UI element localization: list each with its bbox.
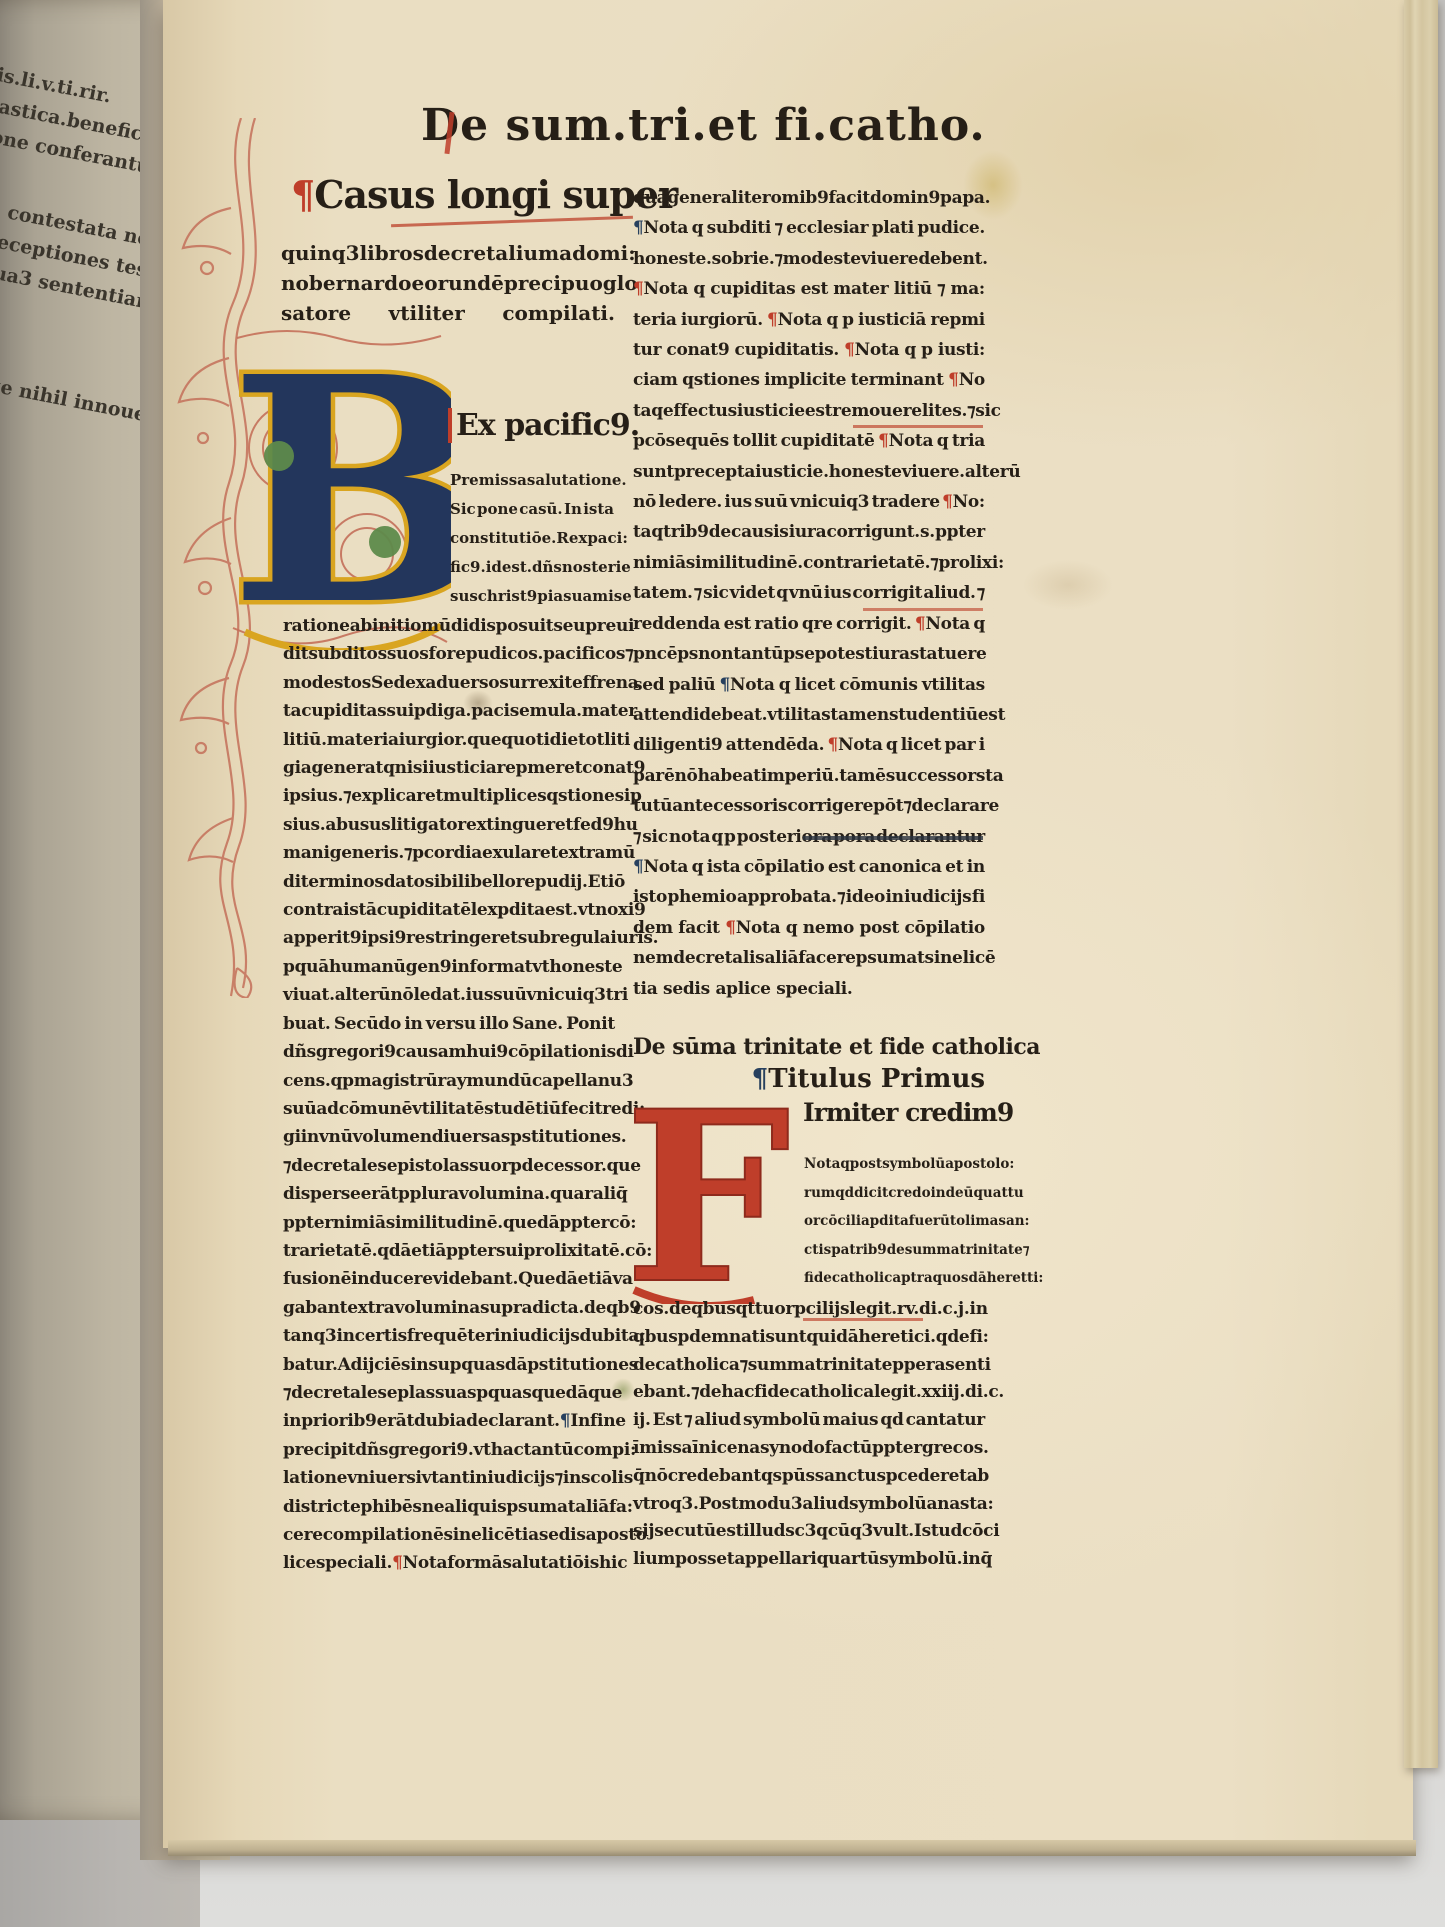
word: sunt	[765, 1324, 806, 1352]
word: in	[404, 1010, 422, 1038]
word: ¶Nota	[633, 213, 688, 243]
pilcrow-mark: ¶	[752, 1064, 769, 1094]
word: ista	[707, 852, 741, 882]
word: fi	[972, 882, 985, 912]
word: grecos.	[922, 1435, 989, 1463]
word: lium	[633, 1546, 675, 1574]
word: legit.xxiij.di.c.	[874, 1379, 1004, 1407]
word: raymundū	[437, 1067, 531, 1095]
word: volumina.	[459, 1180, 550, 1208]
word: parē	[633, 761, 674, 791]
initial-letter-B: B	[229, 328, 451, 650]
word: suas	[435, 1379, 476, 1407]
word: sic	[975, 396, 1000, 426]
word: catholica	[655, 1352, 740, 1380]
word: preui	[585, 612, 634, 640]
word: potest	[815, 639, 873, 669]
photo-of-incunable-page: { "running_title": "De sum.tri.et fi.cat…	[0, 0, 1445, 1927]
word: suū	[754, 487, 787, 517]
text-line: nōledere.iussuūvnicuiq3tradere¶No:	[633, 487, 985, 517]
word: no	[281, 268, 309, 298]
word: p	[724, 822, 736, 852]
word: cupiditatis.	[735, 335, 839, 365]
word: olim	[956, 1207, 990, 1236]
word: formā	[447, 1549, 502, 1577]
text-line: manigeneris.⁊pcordiaexularetextramū	[283, 839, 615, 867]
word: iusticia	[428, 754, 496, 782]
word: ¶Nota	[633, 274, 688, 304]
word: pudicos.	[466, 640, 543, 668]
word: p	[342, 1067, 354, 1095]
word: ie	[616, 553, 631, 582]
word: fide	[804, 1264, 832, 1293]
word: spūssanctus	[773, 1463, 886, 1491]
word: noster	[562, 553, 616, 582]
text-line: ⁊decretaleseplassuaspquasquedāque	[283, 1379, 615, 1407]
word: pdecessor.	[510, 1152, 607, 1180]
word: pcordia	[412, 839, 482, 867]
word: versu	[426, 1010, 476, 1038]
word: pncēps	[633, 639, 698, 669]
word: ¶Nota	[915, 609, 970, 639]
word: p	[842, 305, 854, 335]
word: vtroq3.	[633, 1491, 699, 1519]
word: tantū	[733, 639, 783, 669]
word: suos	[387, 640, 429, 668]
word: p	[476, 1379, 488, 1407]
word: q	[651, 517, 663, 547]
word: ⁊	[1023, 1236, 1030, 1265]
word: districte	[283, 1493, 361, 1521]
word: informat	[451, 953, 532, 981]
word: ¶Nota	[725, 913, 780, 943]
word: quedā	[503, 1209, 559, 1237]
text-line: batur.Adijciēsinsupquasdāpstitutiones	[283, 1351, 615, 1379]
word: vtant	[422, 1464, 469, 1492]
word: implicite	[764, 365, 846, 395]
text-line: quāgeneraliteromib9facitdomin9papa.	[633, 183, 985, 213]
word: q	[936, 1324, 948, 1352]
word: Est	[653, 1407, 682, 1435]
left-column-body: rationeabinitiomūdidisposuitseupreuidits…	[283, 612, 615, 1578]
word: iura	[872, 639, 910, 669]
word: ciam	[633, 365, 678, 395]
word: p	[783, 639, 795, 669]
word: q	[693, 274, 705, 304]
word: repmeret	[496, 754, 582, 782]
word: qre	[802, 609, 833, 639]
word: q	[886, 730, 898, 760]
word: decretalis	[673, 943, 764, 973]
word: Sic	[450, 495, 476, 524]
word: extingueret	[466, 811, 573, 839]
word: corrigunt.	[826, 517, 919, 547]
text-line: reddendaestratioqrecorrigit.¶Notaq	[633, 609, 985, 639]
word: posset	[675, 1546, 734, 1574]
word: phibēs	[361, 1493, 422, 1521]
word: emula.	[519, 697, 582, 725]
word: epistolas	[387, 1152, 469, 1180]
word: erāt	[377, 1407, 414, 1435]
word: q	[651, 396, 663, 426]
word: restringeret	[406, 924, 518, 952]
word: qdā	[377, 1237, 411, 1265]
word: iusti:	[938, 335, 985, 365]
word: psumat	[506, 1493, 575, 1521]
word: ⁊	[691, 1379, 699, 1407]
pilcrow-mark: ¶	[827, 735, 838, 755]
word: hac	[721, 1379, 754, 1407]
word: honeste.	[633, 244, 712, 274]
word: in	[931, 1179, 946, 1208]
word: effectus	[663, 396, 737, 426]
word: surrexit	[499, 669, 572, 697]
word: cupiditatē	[781, 426, 875, 456]
word: pone	[477, 495, 518, 524]
word: Ponit	[566, 1010, 615, 1038]
word: pdiga.	[414, 697, 471, 725]
text-line: Sicponecasū.Inista	[450, 495, 614, 524]
word: sunt	[633, 457, 674, 487]
word: patrib9	[831, 1236, 887, 1265]
word: libros	[360, 238, 424, 268]
word: ¶In	[560, 1407, 590, 1435]
word: de	[709, 517, 731, 547]
text-line: ciamqstionesimpliciteterminant¶No	[633, 365, 985, 395]
pilcrow-mark: ¶	[878, 431, 889, 451]
word: fore	[428, 640, 465, 668]
word: precepta	[674, 457, 755, 487]
word: illo	[479, 1010, 509, 1038]
word: generaliter	[667, 183, 770, 213]
word: ¶Nota	[767, 305, 822, 335]
word: compi:	[573, 1436, 636, 1464]
word: aliud.	[923, 578, 975, 608]
word: debent.	[918, 244, 987, 274]
word: precipit	[283, 1436, 355, 1464]
text-line: ⁊decretalesepistolassuorpdecessor.que	[283, 1152, 615, 1180]
pilcrow-mark: ¶	[633, 279, 644, 299]
word: san:	[998, 1207, 1029, 1236]
word: p	[283, 953, 295, 981]
word: studētiū	[484, 1095, 561, 1123]
word: priorib9	[301, 1407, 376, 1435]
word: inducere	[351, 1265, 433, 1293]
word: q	[692, 852, 704, 882]
word: anasta:	[926, 1491, 993, 1519]
word: videt	[730, 578, 775, 608]
word: p	[398, 1180, 410, 1208]
word: salutatione.	[527, 466, 627, 495]
word: statuere	[910, 639, 987, 669]
word: teria	[633, 305, 677, 335]
word: i	[979, 730, 985, 760]
word: isto	[633, 882, 667, 912]
word: sus	[450, 582, 478, 611]
text-line: satorevtilitercompilati.	[281, 298, 615, 328]
word: speciali.	[316, 1549, 392, 1577]
word: casū.	[519, 495, 562, 524]
text-line: ¶Notaqsubditi⁊ecclesiarplatipudice.	[633, 213, 985, 243]
word: dit	[283, 640, 308, 668]
word: symbolū	[882, 1150, 945, 1179]
text-line: suntpreceptaiusticie.honesteviuere.alter…	[633, 457, 985, 487]
word: suor	[469, 1152, 510, 1180]
word: pacificos	[543, 640, 625, 668]
word: sua	[563, 582, 592, 611]
word: ⁊	[694, 578, 702, 608]
word: credebant	[668, 1463, 761, 1491]
text-line: taqeffectusiusticieestremouerelites.⁊sic	[633, 396, 985, 426]
word: ratione	[283, 612, 350, 640]
text-line: constitutiōe.Rexpaci:	[450, 524, 614, 553]
word: fed9	[573, 811, 614, 839]
word: post	[850, 1150, 882, 1179]
word: in	[885, 882, 903, 912]
word: tradere	[872, 487, 940, 517]
word: supradicta.	[480, 1294, 584, 1322]
word: ius	[724, 487, 752, 517]
word: antecessoris	[672, 791, 787, 821]
word: summa	[905, 1236, 960, 1265]
word: regula	[551, 924, 611, 952]
word: qd	[835, 1179, 854, 1208]
word: tantū	[524, 1436, 574, 1464]
text-line: litiū.materiaiurgior.quequotidietotliti	[283, 726, 615, 754]
word: constitutiōe.	[450, 524, 556, 553]
word: trinitate	[815, 1352, 892, 1380]
text-line: ditsubditossuosforepudicos.pacificos⁊	[283, 640, 615, 668]
word: fine	[590, 1407, 626, 1435]
text-line: orcōciliapditafuerūtolimasan:	[804, 1207, 998, 1236]
word: catholica	[832, 1264, 901, 1293]
word: maius	[822, 1407, 878, 1435]
word: dicit	[854, 1179, 888, 1208]
word: ppter	[872, 1435, 922, 1463]
word: causam	[396, 1038, 467, 1066]
word: corrigit.	[836, 609, 911, 639]
word: contrarietatē.	[803, 548, 930, 578]
word: etiā	[411, 1237, 446, 1265]
word: vt	[474, 1436, 491, 1464]
text-line: fic9.idest.dñsnosterie	[450, 553, 614, 582]
word: par	[944, 730, 975, 760]
word: de	[887, 1236, 905, 1265]
section-heading-ex-pacificus: Ex pacific9.	[448, 408, 624, 443]
word: sui	[386, 697, 414, 725]
incipit-line: ¶Casus longi super	[291, 172, 617, 217]
word: lex	[471, 896, 498, 924]
text-line: Notaqpostsymbolūapostolo:	[804, 1150, 998, 1179]
word: ¶Nota	[878, 426, 933, 456]
word: in	[962, 1546, 980, 1574]
right-column-body-2: cos.deqbusqttuorpcilijslegit.rv.di.c.j.i…	[633, 1296, 985, 1574]
text-line: apperit9ipsi9restringeretsubregulaiuris.	[283, 924, 615, 952]
word: ne	[422, 1493, 445, 1521]
word: bernardo	[309, 268, 412, 298]
text-line: pcōsequēstollitcupiditatē¶Notaqtria	[633, 426, 985, 456]
word: ctis	[804, 1236, 831, 1265]
pilcrow-mark: ¶	[392, 1553, 403, 1573]
word: litiū.	[283, 726, 327, 754]
text-line: ipsius.⁊explicaretmultiplicesqstionesip	[283, 782, 615, 810]
word: cōcilia	[820, 1207, 870, 1236]
word: ⁊	[633, 822, 641, 852]
word: attendēda.	[726, 730, 824, 760]
text-line: disperseerātppluravolumina.quaraliq̄	[283, 1180, 615, 1208]
word: a	[559, 238, 572, 268]
word: quā	[633, 183, 667, 213]
text-line: pquāhumanūgen9informatvthoneste	[283, 953, 615, 981]
pilcrow-mark: ¶	[915, 614, 926, 634]
word: qbus	[633, 1324, 678, 1352]
word: non	[698, 639, 733, 669]
word: libello	[458, 868, 516, 896]
word: cōmunis	[839, 670, 917, 700]
word: ppera	[892, 1352, 945, 1380]
word: tatem.	[633, 578, 693, 608]
word: trib9	[663, 517, 708, 547]
word: ¶Nota	[720, 670, 775, 700]
word: ⁊	[775, 244, 783, 274]
word: istā	[343, 896, 377, 924]
page-bottom-edge	[168, 1840, 1416, 1856]
word: sine	[925, 943, 963, 973]
word: insup	[410, 1351, 461, 1379]
word: que	[467, 726, 501, 754]
word: sine	[443, 1521, 481, 1549]
word: licet	[901, 730, 941, 760]
pilcrow-mark: ¶	[633, 218, 644, 238]
text-line: sius.abususlitigatorextingueretfed9hu	[283, 811, 615, 839]
text-line: fusionēinducerevidebant.Quedāetiāva	[283, 1265, 615, 1293]
word: est	[724, 609, 751, 639]
word: ista	[583, 495, 614, 524]
text-line: nimiāsimilitudinē.contrarietatē.⁊prolixi…	[633, 548, 985, 578]
word: nō	[633, 487, 656, 517]
word: Quedā	[518, 1265, 577, 1293]
word: decretales	[291, 1152, 387, 1180]
word: sedis	[539, 1521, 586, 1549]
word: vt	[532, 953, 549, 981]
word: corrigit	[852, 578, 922, 608]
word: aliā	[575, 1493, 609, 1521]
word: in	[967, 852, 985, 882]
word: lites.	[922, 396, 967, 426]
text-line: cens.qpmagistrūraymundūcapellanu3	[283, 1067, 615, 1095]
word: canonica	[859, 852, 942, 882]
word: contra	[283, 896, 343, 924]
word: tamē	[839, 761, 885, 791]
text-line: sedpaliū¶Notaqlicetcōmunisvtilitas	[633, 670, 985, 700]
text-line: suūadcōmunēvtilitatēstudētiūfecitredi:	[283, 1095, 615, 1123]
word: vtiliter	[389, 298, 465, 328]
word: licē	[963, 943, 996, 973]
word: ptra	[901, 1264, 933, 1293]
word: pstitutiones	[527, 1351, 638, 1379]
word: q	[711, 822, 723, 852]
word: est	[716, 1518, 743, 1546]
word: Secūdo	[334, 1010, 401, 1038]
word: p	[921, 335, 933, 365]
word: ebant.	[633, 1379, 691, 1407]
word: frequēter	[407, 1322, 494, 1350]
word: iudicijs	[487, 1464, 554, 1492]
word: cōpilationis	[508, 1038, 616, 1066]
word: cōpilatio	[744, 852, 824, 882]
word: secutū	[654, 1518, 716, 1546]
word: vnicuiq3	[790, 487, 869, 517]
word: mater	[582, 697, 637, 725]
word: trarietatē.	[283, 1237, 377, 1265]
word: habeat	[698, 761, 761, 791]
word: ta	[633, 517, 651, 547]
text-line: Premissasalutatione.	[450, 466, 614, 495]
word: cere	[283, 1521, 323, 1549]
text-line: pncēpsnontantūpsepotestiurastatuere	[633, 639, 985, 669]
word: pudice.	[917, 213, 985, 243]
text-line: modestosSedexaduersosurrexiteffrena	[283, 669, 615, 697]
text-line: rumqddicitcredoindeūquattu	[804, 1179, 998, 1208]
word: honeste	[829, 457, 902, 487]
word: dñs	[355, 1436, 388, 1464]
text-line: tia sedis aplice speciali.	[633, 974, 985, 1004]
word: tutū	[633, 791, 672, 821]
word: phemio	[667, 882, 736, 912]
word: ⁊	[343, 782, 351, 810]
word: gregori9.	[388, 1436, 473, 1464]
word: nō	[645, 1463, 668, 1491]
word: ipsius.	[283, 782, 343, 810]
word: ⁊	[977, 578, 985, 608]
word: decretales	[291, 1379, 387, 1407]
word: senti	[945, 1352, 991, 1380]
word: batur.	[283, 1351, 338, 1379]
word: sius.	[283, 811, 325, 839]
word: volumina	[395, 1294, 480, 1322]
word: de	[584, 1294, 606, 1322]
word: in	[283, 1407, 301, 1435]
text-line: buat.SecūdoinversuilloSane.Ponit	[283, 1010, 615, 1038]
word: papa.	[940, 183, 990, 213]
word: christ9	[478, 582, 537, 611]
text-line: diterminosdatosibilibellorepudij.Etiō	[283, 868, 615, 896]
word: apostolo:	[945, 1150, 1014, 1179]
word: ⁊	[967, 396, 975, 426]
word: diuersas	[432, 1123, 510, 1151]
text-line: ¶Notaqcupiditasestmaterlitiū⁊ma:	[633, 274, 985, 304]
word: prolixi:	[938, 548, 1004, 578]
text-line: attendidebeat.vtilitastamenstudentiūest	[633, 700, 985, 730]
word: iudicijs	[904, 882, 971, 912]
word: aliud	[694, 1407, 741, 1435]
text-line: teriaiurgiorū.¶Notaqpiusticiārepmi	[633, 305, 985, 335]
word: extra	[347, 1294, 394, 1322]
word: quas	[488, 1379, 532, 1407]
word: qcūq3	[816, 1518, 873, 1546]
word: factū	[825, 1435, 872, 1463]
text-line: ebant.⁊dehacfidecatholicalegit.xxiij.di.…	[633, 1379, 985, 1407]
word: vt	[578, 896, 595, 924]
rubric-underline	[803, 1318, 923, 1321]
word: synodo	[760, 1435, 825, 1463]
text-line: nobernardoeorundēprecipuoglo	[281, 268, 615, 298]
word: facere	[798, 943, 855, 973]
word: iō	[608, 868, 625, 896]
word: dñs	[283, 1038, 316, 1066]
word: Et	[588, 868, 608, 896]
word: est.dñs	[502, 553, 562, 582]
